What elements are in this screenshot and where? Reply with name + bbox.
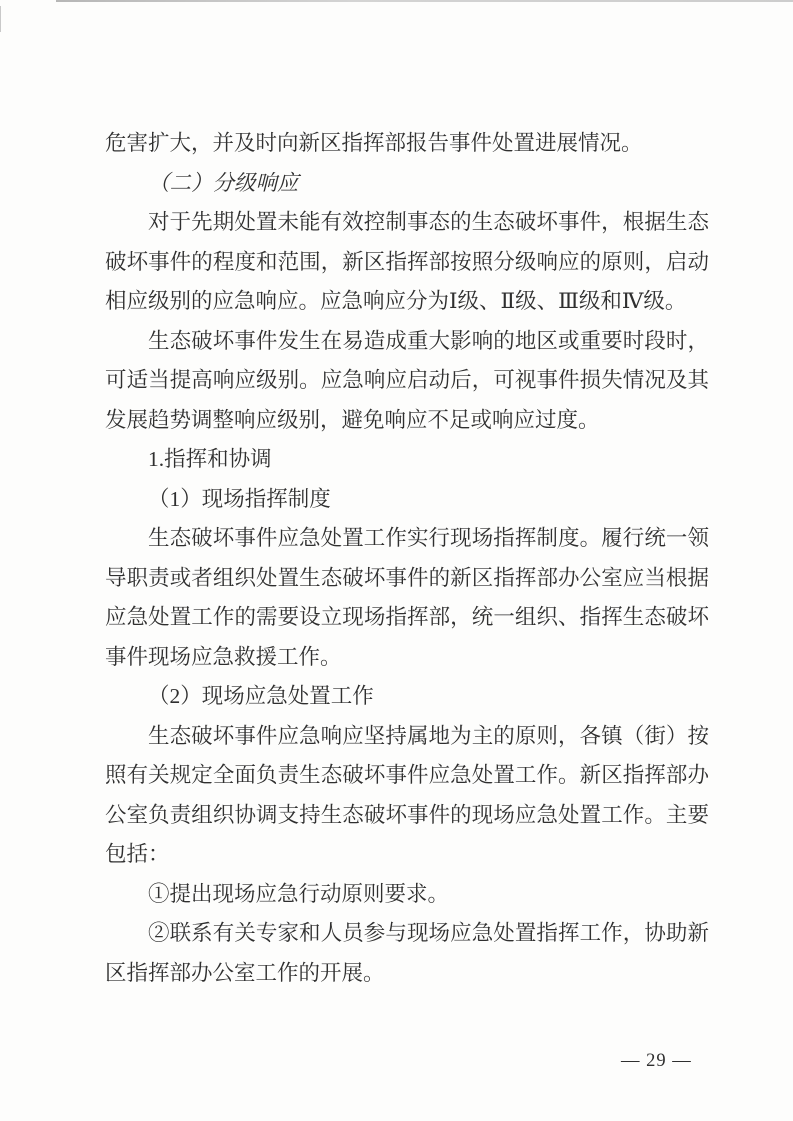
paragraph: 生态破坏事件应急响应坚持属地为主的原则，各镇（街）按照有关规定全面负责生态破坏事… <box>105 717 709 875</box>
scan-artifact-left-edge <box>0 6 1 32</box>
paragraph: 对于先期处置未能有效控制事态的生态破坏事件，根据生态破坏事件的程度和范围，新区指… <box>105 203 709 322</box>
section-heading: （二）分级响应 <box>105 164 709 204</box>
paragraph: ①提出现场应急行动原则要求。 <box>105 875 709 915</box>
document-page: 危害扩大，并及时向新区指挥部报告事件处置进展情况。（二）分级响应对于先期处置未能… <box>0 0 793 1121</box>
document-body: 危害扩大，并及时向新区指挥部报告事件处置进展情况。（二）分级响应对于先期处置未能… <box>105 124 709 993</box>
section-heading: （1）现场指挥制度 <box>105 480 709 520</box>
page-number: — 29 — <box>621 1051 711 1072</box>
paragraph: 生态破坏事件应急处置工作实行现场指挥制度。履行统一领导职责或者组织处置生态破坏事… <box>105 519 709 677</box>
section-heading: （2）现场应急处置工作 <box>105 677 709 717</box>
section-heading: 1.指挥和协调 <box>105 440 709 480</box>
paragraph: ②联系有关专家和人员参与现场应急处置指挥工作，协助新区指挥部办公室工作的开展。 <box>105 914 709 993</box>
scan-artifact-top-edge <box>56 0 793 2</box>
paragraph: 危害扩大，并及时向新区指挥部报告事件处置进展情况。 <box>105 124 709 164</box>
paragraph: 生态破坏事件发生在易造成重大影响的地区或重要时段时，可适当提高响应级别。应急响应… <box>105 322 709 441</box>
